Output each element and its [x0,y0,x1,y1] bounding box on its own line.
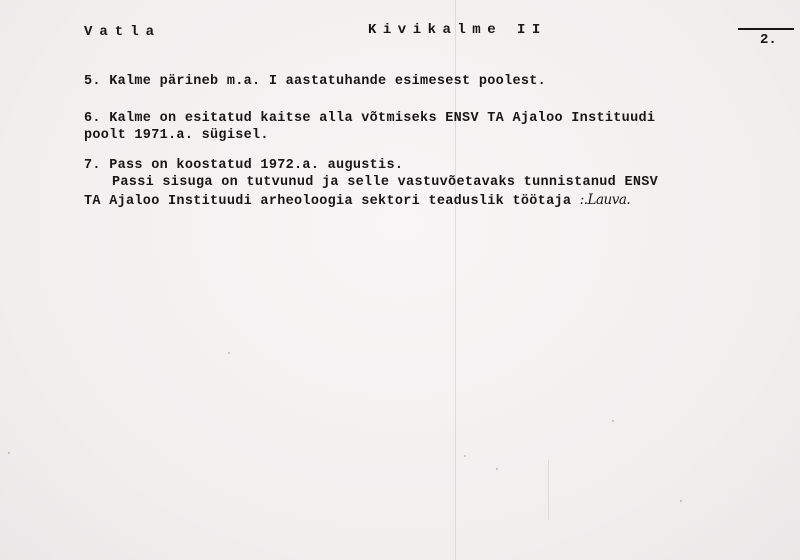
page-number-rule [738,28,794,30]
item-6-line-2: poolt 1971.a. sügisel. [84,128,269,143]
paper-speck [228,352,230,354]
item-5-line-1: 5. Kalme pärineb m.a. I aastatuhande esi… [84,74,546,89]
paper-scratch [548,460,549,520]
document-title: Kivikalme II [368,22,547,38]
paper-speck [496,468,498,470]
item-6-line-1: 6. Kalme on esitatud kaitse alla võtmise… [84,111,655,126]
item-7-line-3: TA Ajaloo Instituudi arheoloogia sektori… [84,192,630,209]
paper-speck [680,500,682,502]
item-7-line-3-text: TA Ajaloo Instituudi arheoloogia sektori… [84,194,580,209]
paper-speck [612,420,614,422]
handwritten-signature: :.Lauva. [580,192,631,208]
page-number: 2. [760,32,777,48]
place-name: Vatla [84,24,161,40]
item-7-line-1: 7. Pass on koostatud 1972.a. augustis. [84,158,403,173]
document-card: Vatla Kivikalme II 2. 5. Kalme pärineb m… [0,0,800,560]
paper-speck [8,452,10,454]
paper-speck [464,455,466,457]
item-7-line-2: Passi sisuga on tutvunud ja selle vastuv… [112,175,658,190]
